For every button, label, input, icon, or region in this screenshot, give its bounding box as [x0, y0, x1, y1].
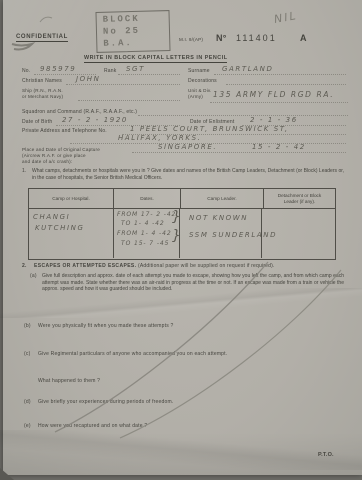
section2-heading: ESCAPES OR ATTEMPTED ESCAPES.: [34, 263, 136, 269]
address-value-line1: 1 PEELS COURT, BRUNSWICK ST,: [130, 125, 289, 133]
item-c-text: Give Regimental particulars of anyone wh…: [38, 351, 227, 357]
christian-names-label: Christian Names: [22, 78, 62, 84]
rank-value: SGT: [126, 65, 145, 73]
scanned-pow-form-page: CONFIDENTIAL BLOCK No 25 B.A. M.I. 9/(AP…: [0, 0, 362, 480]
field-rule: [132, 152, 346, 153]
capture-label-line3: and date of a/c crash):: [22, 159, 72, 164]
decorations-label: Decorations: [188, 78, 217, 84]
header-text: Camp or Hospital.: [29, 196, 113, 201]
camp-leader-value: SSM SUNDERLAND: [189, 231, 277, 239]
series-letter: A: [300, 33, 307, 43]
section2-number: 2.: [22, 263, 27, 269]
field-rule: [118, 74, 180, 75]
ship-label-line2: or Merchant Navy): [22, 94, 63, 99]
pencil-brace: }: [172, 209, 181, 225]
camp-leader-value: NOT KNOWN: [189, 214, 248, 222]
ship-label: Ship (R.N., R.A.N.: [22, 88, 63, 93]
enlistment-value: 2 - 1 - 36: [250, 116, 298, 124]
field-rule: [210, 102, 348, 103]
address-value-line2: HALIFAX, YORKS.: [118, 134, 201, 142]
camps-table-header-row: Camp or Hospital. Dates. Camp Leader. De…: [29, 189, 335, 209]
item-e-text: How were you recaptured and on what date…: [38, 423, 147, 429]
unit-value: 135 ARMY FLD RGD RA.: [213, 90, 334, 99]
stamp-line: B.A.: [103, 36, 169, 50]
christian-names-value: JOHN: [76, 75, 100, 83]
table-column-rule: [113, 209, 114, 258]
pencil-brace: }: [172, 228, 181, 244]
item-d-label: (d): [24, 399, 31, 405]
camps-table-header-camp: Camp or Hospital.: [29, 189, 114, 208]
capture-label-line2: (Aircrew R.A.F. or give place: [22, 153, 86, 158]
item-a-label: (a): [30, 273, 37, 279]
header-text: Leader (if any).: [264, 199, 335, 204]
field-rule: [214, 74, 346, 75]
pto-note: P.T.O.: [318, 452, 334, 458]
item-c2-text: What happened to them ?: [38, 378, 100, 384]
item-d-text: Give briefly your experiences during per…: [38, 399, 173, 405]
capture-place-value: SINGAPORE.: [158, 143, 217, 151]
camp-dates-value: TO 15- 7 -45: [121, 240, 169, 247]
camp-dates-value: TO 1- 4 -42: [121, 220, 165, 227]
capture-date-value: 15 - 2 - 42: [252, 143, 306, 151]
camp-name-value: CHANGI: [33, 213, 70, 221]
surname-label: Surname: [188, 68, 210, 74]
rank-label: Rank: [104, 68, 116, 74]
pencil-instruction-heading: WRITE IN BLOCK CAPITAL LETTERS IN PENCIL: [84, 55, 227, 63]
field-rule: [78, 100, 180, 101]
item-e-label: (e): [24, 423, 31, 429]
field-rule: [138, 115, 348, 116]
question1-number: 1.: [22, 168, 27, 174]
serial-number: 111401: [236, 33, 277, 43]
field-rule: [66, 84, 180, 85]
item-a-text: Give full description and approx. date o…: [42, 273, 344, 293]
address-label: Private Address and Telephone No.: [22, 128, 107, 134]
surname-value: GARTLAND: [222, 65, 273, 73]
header-text: Camp Leader.: [181, 196, 263, 201]
block-number-stamp: BLOCK No 25 B.A.: [95, 10, 170, 53]
serial-prefix: N°: [216, 33, 227, 43]
unit-label: Unit & Div.: [188, 88, 212, 93]
form-reference: M.I. 9/(AP): [179, 37, 203, 42]
camps-table-body: CHANGI KUTCHING FROM 17- 2 -42 TO 1- 4 -…: [29, 209, 335, 258]
service-number-label: No.: [22, 68, 30, 74]
camp-name-value: KUTCHING: [35, 224, 85, 232]
service-number-value: 985979: [40, 65, 76, 73]
item-c-label: (c): [24, 351, 30, 357]
header-text: Dates.: [114, 196, 180, 201]
date-of-birth-value: 27 - 2 - 1920: [62, 116, 128, 124]
unit-label-line2: (Army): [188, 94, 203, 99]
squadron-label: Squadron and Command (R.A.F., R.A.A.F., …: [22, 109, 137, 115]
item-b-text: Were you physically fit when you made th…: [38, 323, 174, 329]
field-rule: [226, 84, 346, 85]
section2-heading-note: (Additional paper will be supplied on re…: [138, 263, 275, 269]
paper-crease: [0, 430, 362, 470]
capture-label-line1: Place and Date of Original Capture: [22, 147, 100, 152]
confidential-marking: CONFIDENTIAL: [16, 34, 68, 42]
camps-table-header-dates: Dates.: [114, 189, 181, 208]
camps-table: Camp or Hospital. Dates. Camp Leader. De…: [28, 188, 336, 260]
camps-table-header-leader: Camp Leader.: [181, 189, 264, 208]
camp-dates-value: FROM 1- 4 -42: [117, 230, 172, 237]
question1-text: What camps, detachments or hospitals wer…: [32, 168, 344, 181]
item-b-label: (b): [24, 323, 31, 329]
camps-table-header-detachment: Detachment or Block Leader (if any).: [264, 189, 335, 208]
camp-dates-value: FROM 17- 2 -42: [117, 211, 176, 218]
date-of-birth-label: Date of Birth: [22, 119, 52, 125]
